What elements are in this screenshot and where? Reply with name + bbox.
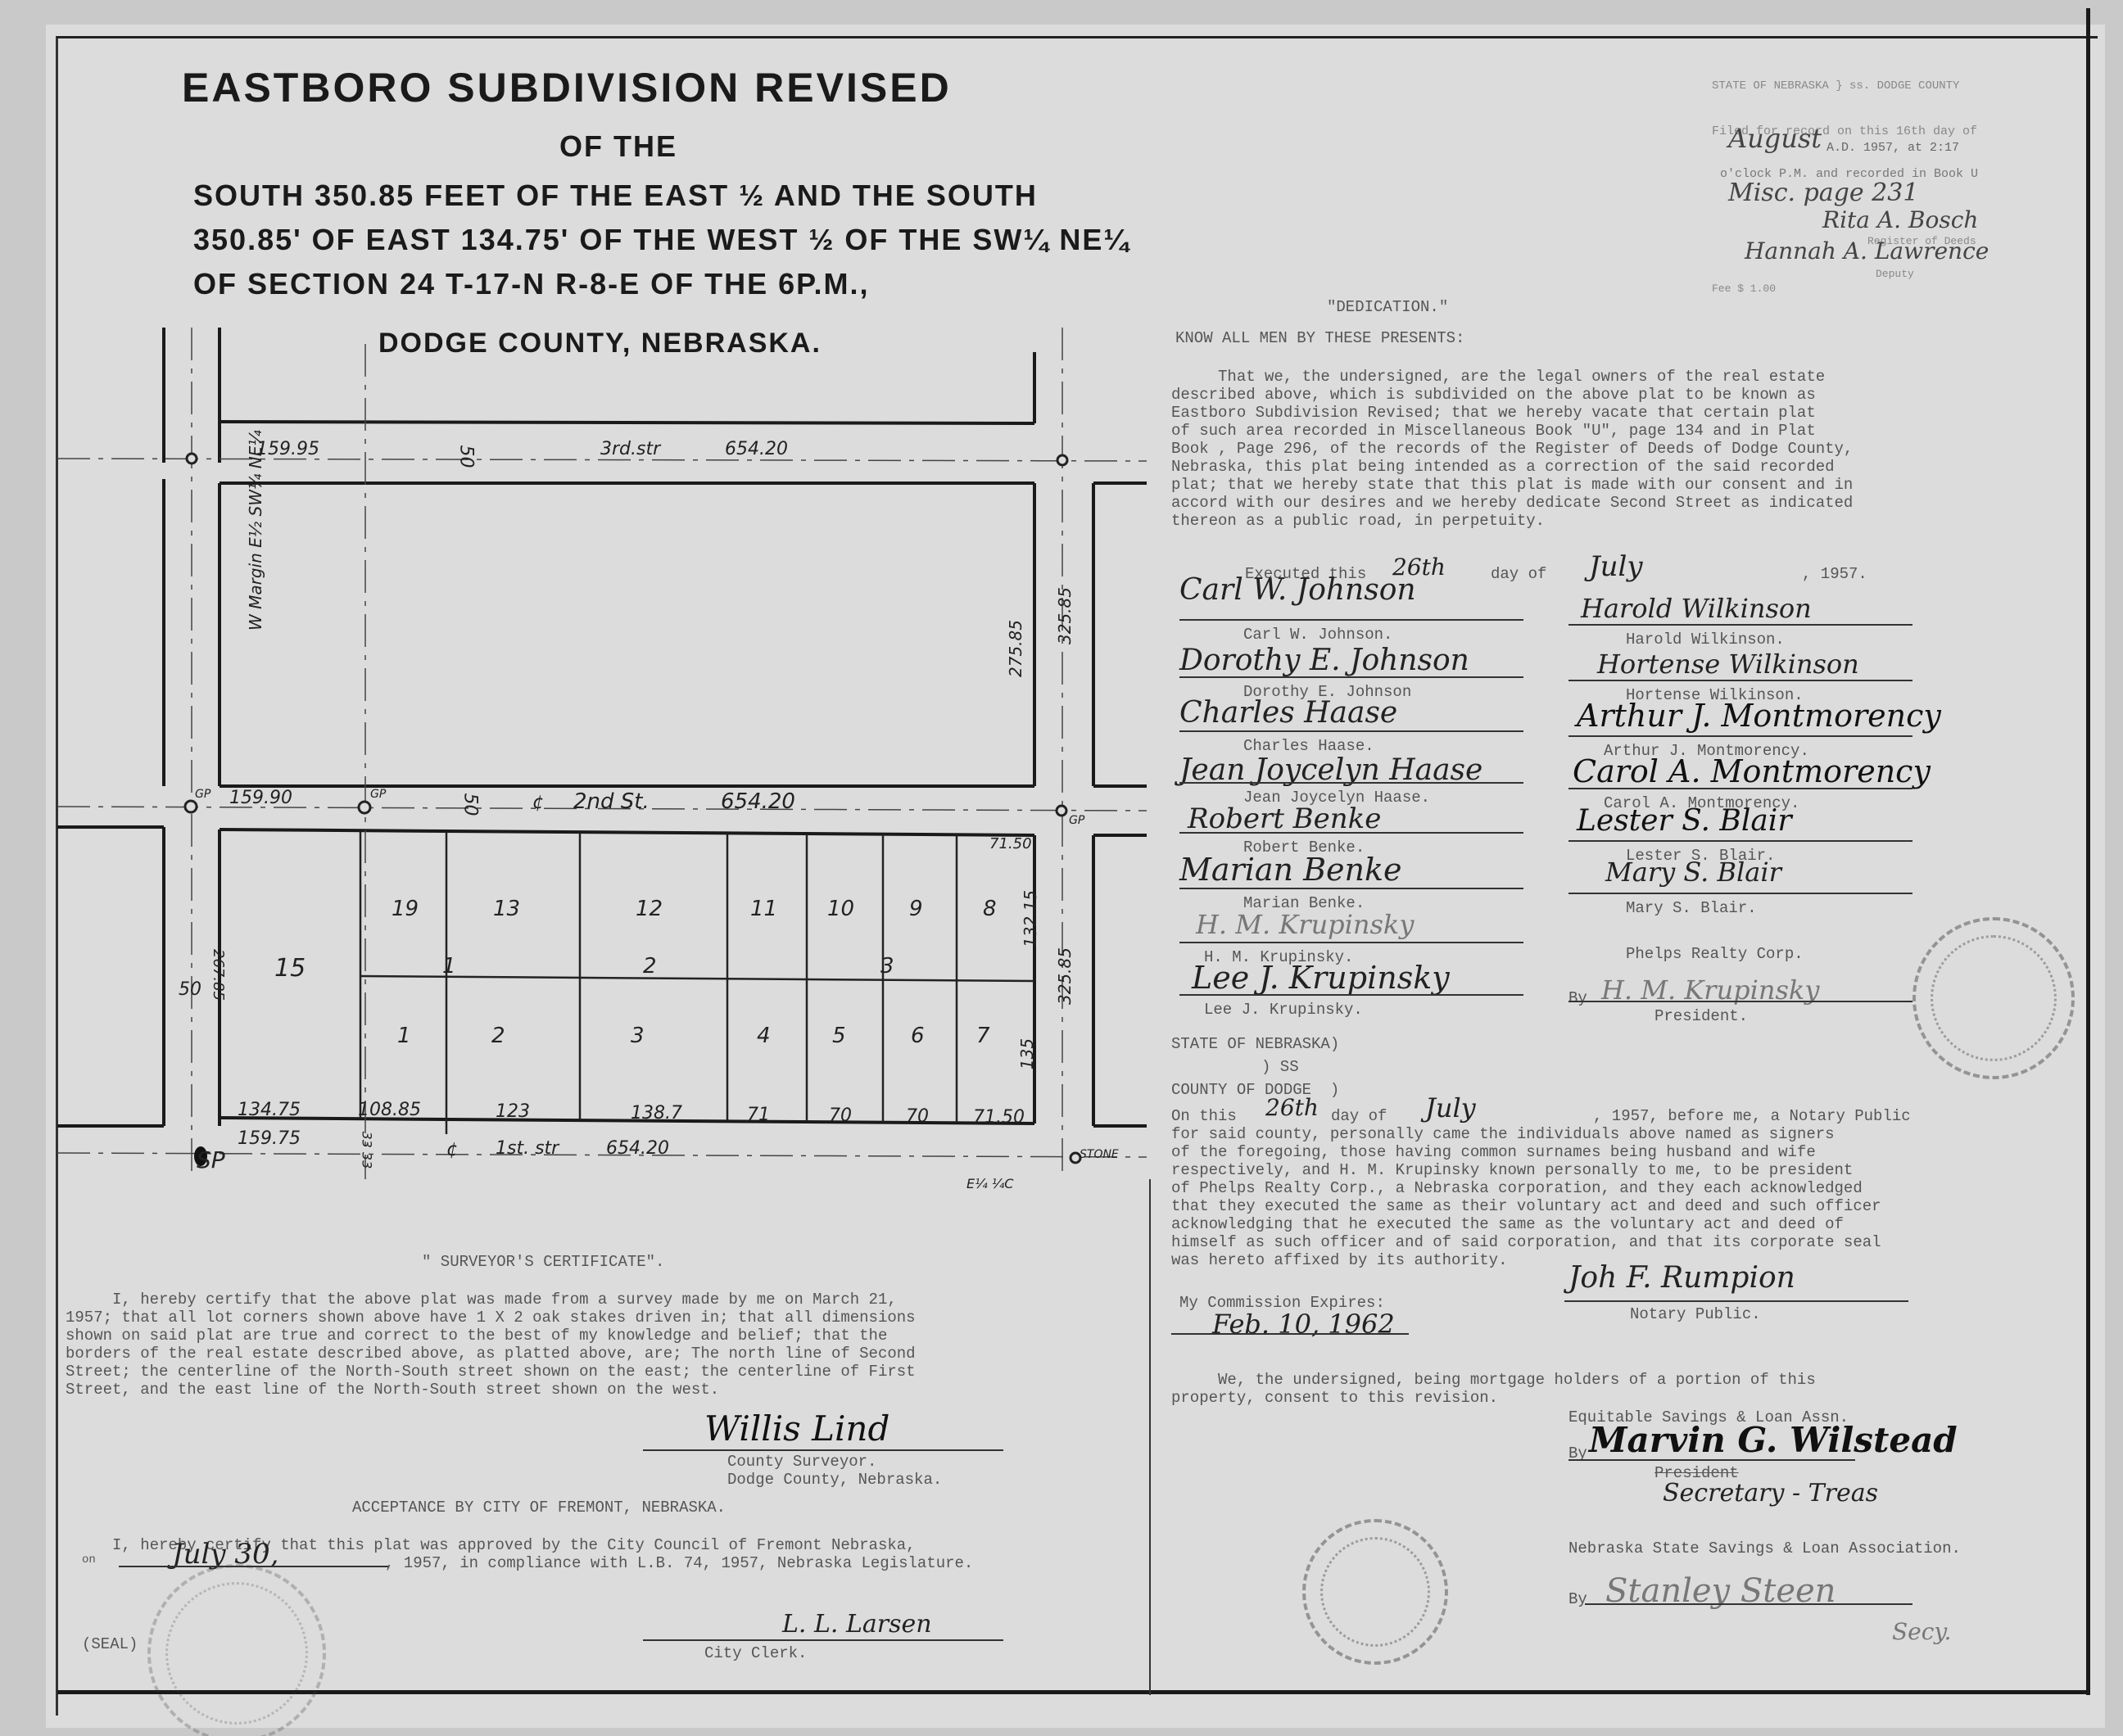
acceptance-heading: ACCEPTANCE BY CITY OF FREMONT, NEBRASKA.: [352, 1497, 726, 1518]
signature: Charles Haase: [1179, 696, 1397, 730]
lot-frontage-dimension: 134.75: [238, 1100, 301, 1120]
west-street-width: 50: [179, 979, 201, 1000]
block-number: 1: [442, 954, 456, 979]
lot7-depth-dimension: 135: [1017, 1038, 1037, 1069]
lot8-top-dimension: 71.50: [989, 835, 1032, 852]
lot-number: 19: [392, 897, 419, 921]
gp-marker-label: GP: [195, 788, 210, 801]
corporation-title: President.: [1654, 1006, 1748, 1027]
lot-number: 4: [757, 1024, 771, 1048]
signature: Hortense Wilkinson: [1597, 649, 1859, 680]
recording-page: Misc. page 231: [1728, 179, 1918, 207]
lot-number: 12: [636, 897, 663, 921]
upper-block-east-dimension: 275.85: [1006, 620, 1025, 677]
lot-frontage-dimension: 70: [906, 1106, 929, 1127]
second-street-label: 2nd St.: [573, 789, 650, 814]
second-street-width: 50: [460, 793, 481, 816]
lot-number: 1: [397, 1024, 411, 1048]
block-number: 2: [643, 954, 657, 979]
executed-month: July: [1589, 550, 1643, 583]
quarter-corner-label: E¼ ¼C: [966, 1176, 1013, 1191]
lot-number: 3: [631, 1024, 645, 1048]
third-street-width: 50: [456, 445, 477, 468]
gp-marker-label: GP: [1069, 814, 1084, 827]
third-street-dimension: 654.20: [725, 439, 788, 459]
lot-number: 2: [491, 1024, 505, 1048]
third-street-label: 3rd.str: [600, 439, 660, 459]
typed-name: Carl W. Johnson.: [1243, 624, 1392, 645]
acceptance-on: on: [82, 1549, 96, 1571]
deputy-title: Deputy: [1876, 264, 1914, 285]
register-signature: Rita A. Bosch: [1822, 206, 1978, 233]
lot-number: 13: [493, 897, 520, 921]
city-clerk-signature: L. L. Larsen: [782, 1610, 932, 1639]
lot-number: 9: [909, 897, 923, 921]
mortgage-holder1-by: By: [1568, 1443, 1587, 1464]
dedication-opening: KNOW ALL MEN BY THESE PRESENTS:: [1175, 328, 1464, 349]
centerline-symbol: ¢: [532, 793, 544, 813]
signature: Harold Wilkinson: [1581, 593, 1812, 624]
lot-frontage-dimension: 138.7: [631, 1103, 682, 1123]
mortgage-holder2-name: Nebraska State Savings & Loan Associatio…: [1568, 1538, 1961, 1559]
first-street-width: 33 33: [359, 1132, 374, 1169]
executed-year: , 1957.: [1802, 563, 1867, 585]
typed-name: Mary S. Blair.: [1626, 897, 1757, 919]
east-street-lower-dimension: 325.85: [1055, 947, 1075, 1005]
lot-frontage-dimension: 71.50: [973, 1107, 1025, 1128]
typed-name: Lee J. Krupinsky.: [1204, 999, 1363, 1020]
signature: Lester S. Blair: [1577, 804, 1792, 838]
surveyor-county: Dodge County, Nebraska.: [727, 1469, 942, 1490]
stone-marker-label: STONE: [1080, 1148, 1119, 1161]
mortgage-holder2-title: Secy.: [1892, 1618, 1951, 1645]
lot-number: 11: [750, 897, 777, 921]
centerline-symbol: ¢: [446, 1140, 458, 1160]
city-seal: [147, 1564, 326, 1736]
lot8-depth-dimension: 132.15: [1021, 890, 1040, 947]
mortgage-holder2-by: By: [1568, 1589, 1587, 1610]
first-street-dimension: 654.20: [606, 1138, 669, 1159]
mortgage-holder1-signature: Marvin G. Wilstead: [1589, 1420, 1958, 1460]
recording-header: STATE OF NEBRASKA } ss. DODGE COUNTY: [1712, 75, 1959, 97]
signature: Robert Benke: [1188, 802, 1381, 835]
second-street-dimension: 654.20: [721, 789, 795, 814]
recording-fee: Fee $ 1.00: [1712, 278, 1776, 300]
recording-month: August: [1728, 123, 1822, 154]
lot-number: 6: [911, 1024, 925, 1048]
lot-number: 10: [827, 897, 854, 921]
signature: Lee J. Krupinsky: [1192, 960, 1450, 996]
lot-number: 7: [976, 1024, 990, 1048]
signature: Mary S. Blair: [1605, 857, 1781, 888]
second-street-west-dimension: 159.90: [229, 788, 292, 808]
east-street-upper-dimension: 325.85: [1055, 587, 1075, 644]
deputy-signature: Hannah A. Lawrence: [1745, 237, 1989, 264]
signature: H. M. Krupinsky: [1196, 909, 1414, 940]
notary-signature: Joh F. Rumpion: [1568, 1261, 1795, 1295]
corporation-by: By: [1568, 988, 1587, 1009]
lot-frontage-dimension: 71: [747, 1105, 770, 1125]
lot-frontage-dimension: 70: [829, 1105, 852, 1126]
association-seal: [1302, 1519, 1448, 1665]
notary-title: Notary Public.: [1630, 1304, 1761, 1325]
mortgage-holder1-title: Secretary - Treas: [1663, 1479, 1878, 1508]
signature: Carl W. Johnson: [1179, 573, 1416, 607]
recording-year-time: A.D. 1957, at 2:17: [1827, 138, 1959, 159]
notary-state: STATE OF NEBRASKA): [1171, 1033, 1339, 1055]
acceptance-line2: , 1957, in compliance with L.B. 74, 1957…: [385, 1553, 973, 1574]
corporate-seal: [1913, 917, 2075, 1079]
lot15-depth-dimension: 267.85: [210, 949, 227, 1001]
third-street-west-dimension: 159.95: [256, 439, 319, 459]
notary-day: 26th: [1265, 1094, 1319, 1121]
surveyor-signature: Willis Lind: [704, 1408, 889, 1449]
signature: Carol A. Montmorency: [1573, 753, 1931, 789]
notary-month: July: [1425, 1092, 1476, 1123]
sp-marker-label: SP: [197, 1146, 225, 1173]
block-number: 3: [880, 954, 894, 979]
signature: Arthur J. Montmorency: [1577, 698, 1941, 734]
mortgage-body-line: property, consent to this revision.: [1171, 1387, 1498, 1408]
dedication-heading: "DEDICATION.": [1327, 296, 1448, 318]
typed-name: Harold Wilkinson.: [1626, 629, 1785, 650]
signature: Marian Benke: [1179, 852, 1402, 888]
lot-frontage-dimension: 108.85: [358, 1100, 421, 1120]
signature: Dorothy E. Johnson: [1179, 644, 1469, 677]
corporation-name: Phelps Realty Corp.: [1626, 943, 1804, 965]
city-clerk-title: City Clerk.: [704, 1643, 807, 1664]
gp-marker-label: GP: [370, 788, 386, 801]
first-street-label: 1st. str: [496, 1138, 559, 1159]
surveyor-heading: " SURVEYOR'S CERTIFICATE".: [422, 1251, 664, 1273]
executed-mid: day of: [1491, 563, 1546, 585]
notary-ss: ) SS: [1261, 1056, 1299, 1078]
lot-number: 8: [983, 897, 997, 921]
lot-number: 5: [832, 1024, 846, 1048]
commission-date: Feb. 10, 1962: [1212, 1309, 1395, 1340]
west-margin-label: W Margin E½ SW¼ NE¼: [246, 430, 265, 631]
seal-label: (SEAL): [82, 1634, 138, 1655]
first-street-west-dimension: 159.75: [238, 1128, 301, 1149]
lot-frontage-dimension: 123: [496, 1101, 530, 1122]
lot-number: 15: [274, 954, 306, 983]
